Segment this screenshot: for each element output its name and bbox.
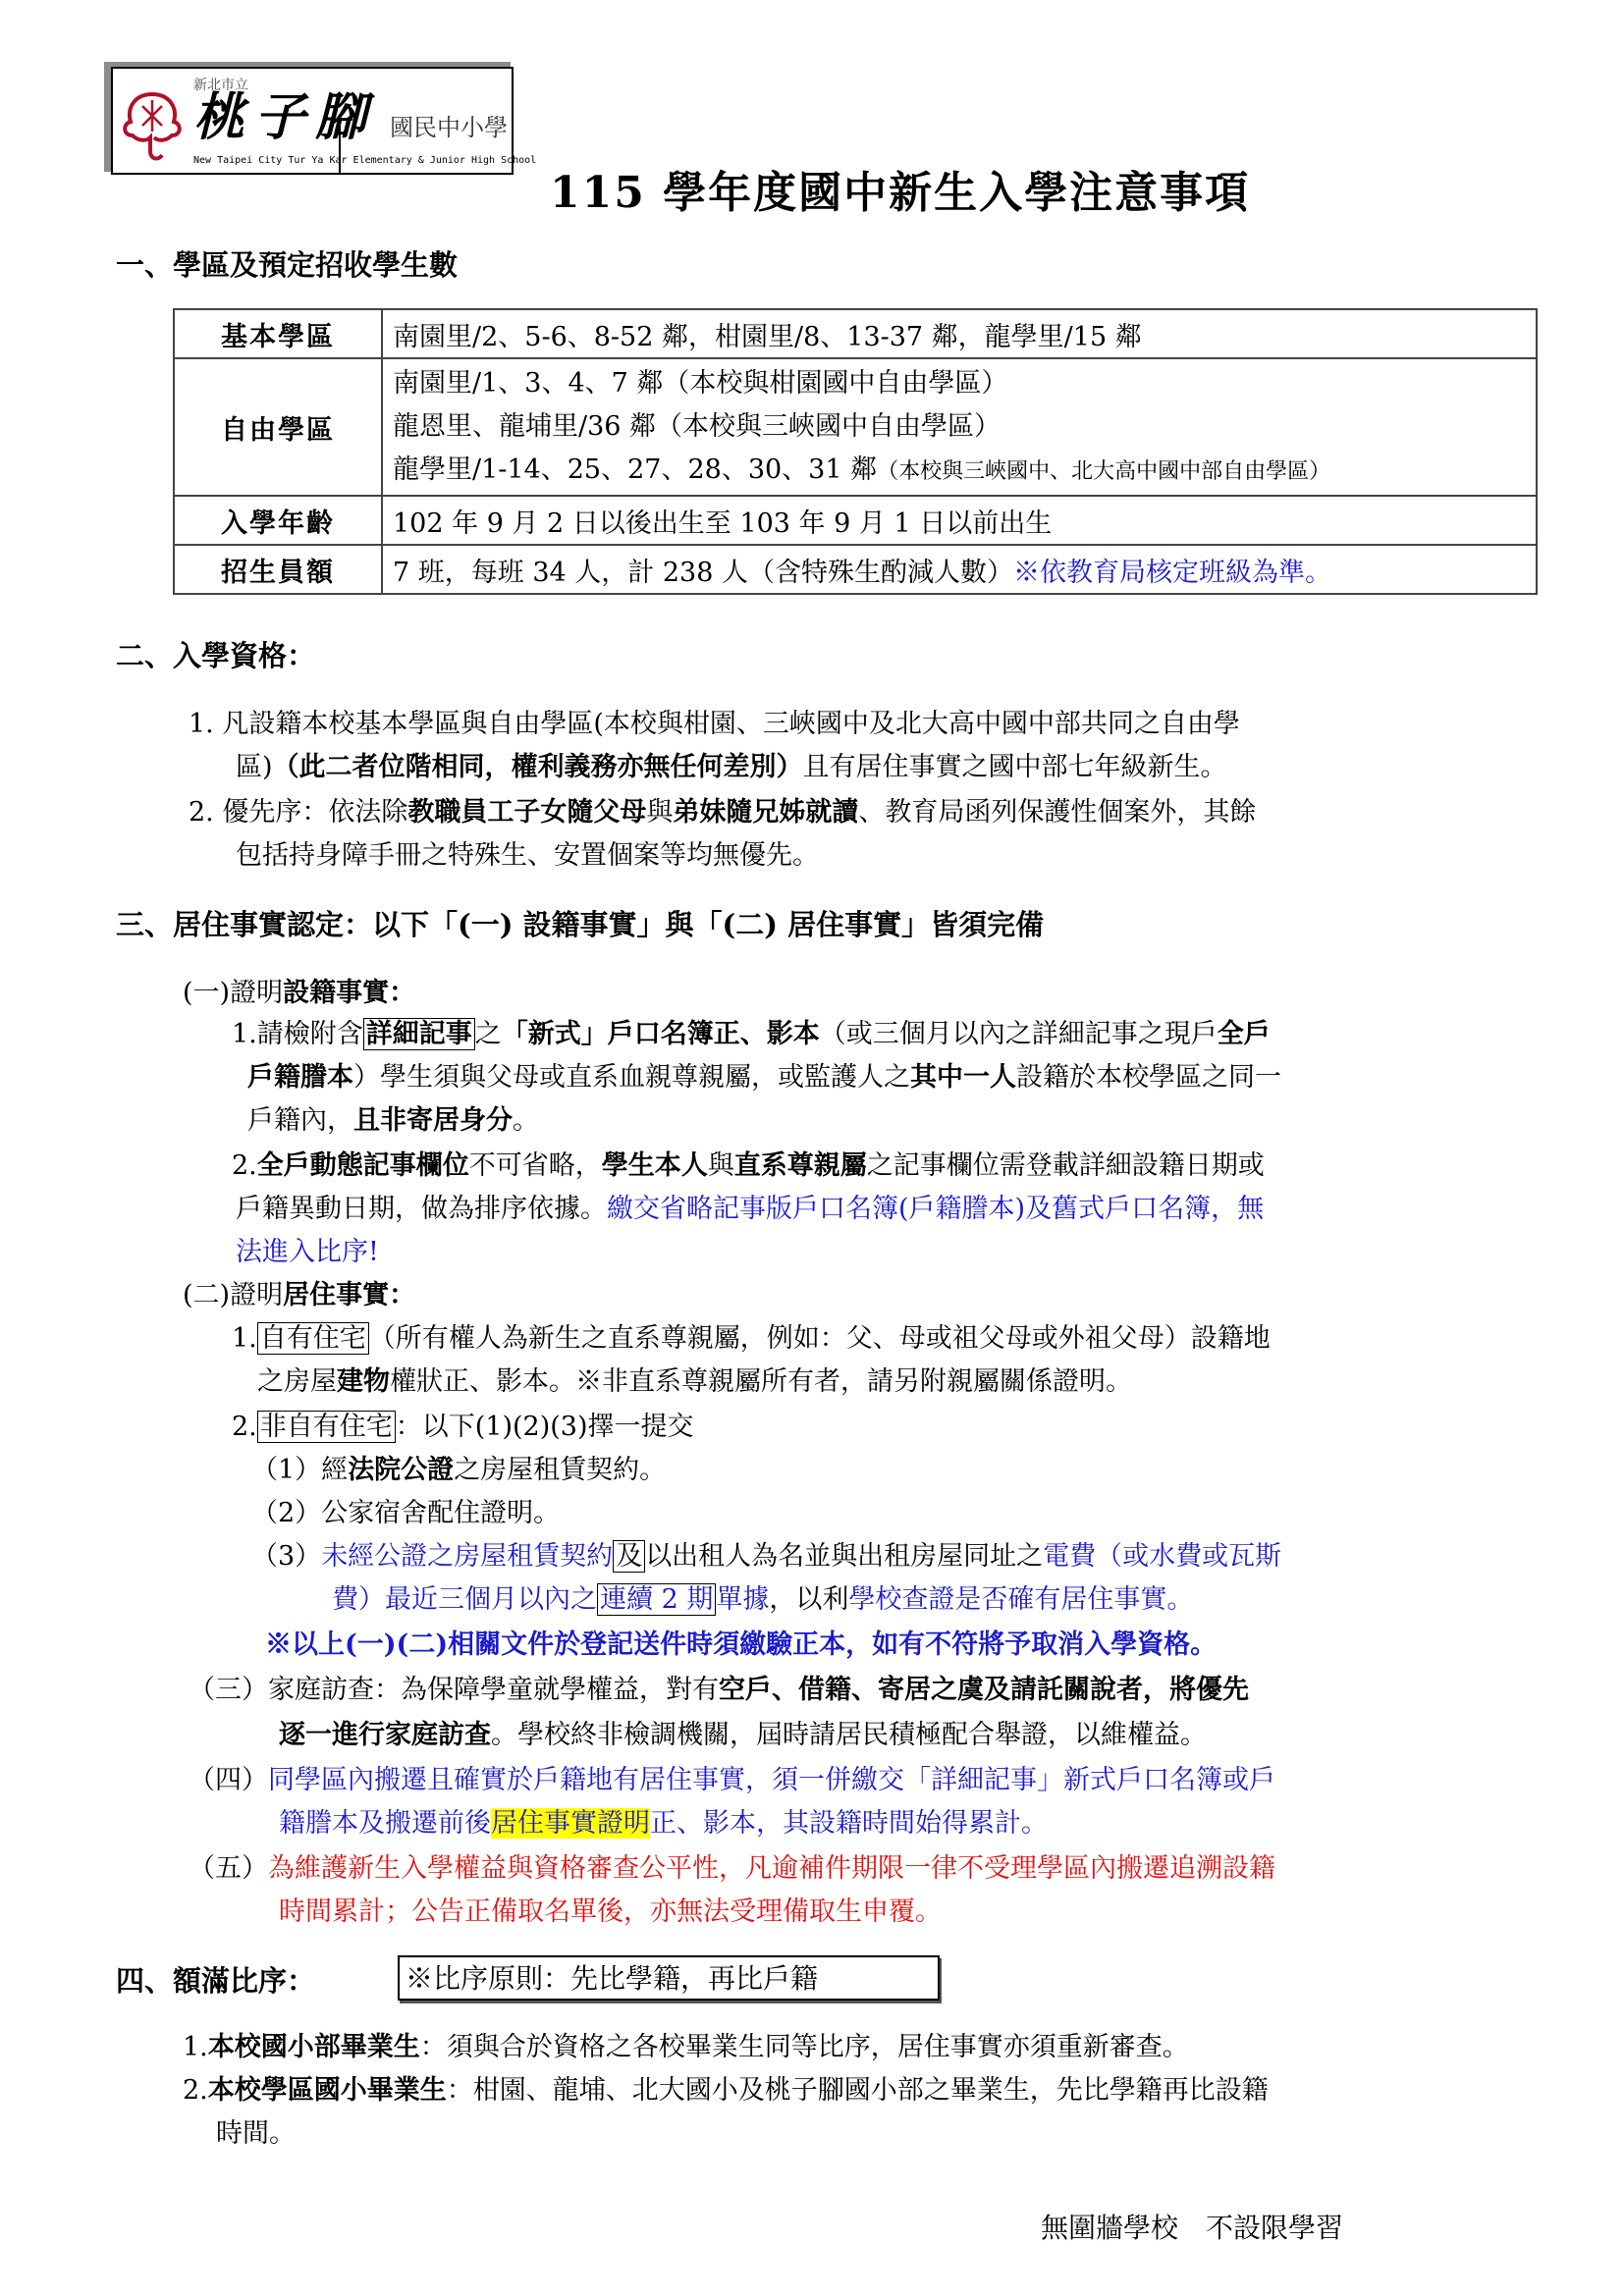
sub3: （三）家庭訪查：為保障學童就學權益，對有空戶、借籍、寄居之虞及請託關說者，將優先	[189, 1669, 1249, 1712]
t: 以出租人為名並與出租房屋同址之	[645, 1541, 1043, 1572]
boxed-term: 詳細記事	[363, 1018, 475, 1050]
qualification-item-1: 1. 凡設籍本校基本學區與自由學區(本校與柑園、三峽國中及北大高中國中部共同之自…	[189, 703, 1240, 746]
free-note: （本校與三峽國中、北大高中國中部自由學區）	[877, 459, 1330, 484]
ranking-item-2-cont: 時間。	[216, 2112, 296, 2156]
t: ：柑園、龍埔、北大國小及桃子腳國小部之畢業生，先比學籍再比設籍	[447, 2075, 1269, 2106]
sub5-l2: 時間累計；公告正備取名單後，亦無法受理備取生申覆。	[279, 1891, 942, 1934]
sub1-item-2-l3: 法進入比序!	[236, 1231, 379, 1274]
label: （四）	[189, 1765, 268, 1795]
sub2-label: (二)證明居住事實：	[183, 1274, 415, 1317]
em: 且非寄居身分	[353, 1105, 513, 1136]
logo-divider	[339, 118, 341, 175]
em: 本校學區國小畢業生	[208, 2075, 447, 2106]
t: 戶籍異動日期，做為排序依據。	[236, 1194, 607, 1224]
blue-text: 未經公證之房屋租賃契約	[321, 1541, 613, 1572]
t: 1.請檢附含	[232, 1019, 363, 1049]
sub1-label: (一)證明設籍事實：	[183, 972, 415, 1015]
t: 單據	[716, 1584, 769, 1615]
em: 全戶	[1218, 1019, 1271, 1049]
label-text: (二)證明	[183, 1280, 283, 1310]
t: ：以下(1)(2)(3)擇一提交	[396, 1412, 694, 1442]
originals-notice: ※以上(一)(二)相關文件於登記送件時須繳驗正本，如有不符將予取消入學資格。	[265, 1624, 1217, 1667]
t: （1）經	[251, 1455, 348, 1485]
blue-text: 同學區內搬遷且確實於戶籍地有居住事實，須一併繳交「詳細記事」新式戶口名簿或戶	[268, 1765, 1275, 1795]
footer-slogan: 無圍牆學校 不設限學習	[1041, 2207, 1343, 2246]
boxed-term: 自有住宅	[257, 1322, 369, 1355]
label-text: (一)證明	[183, 978, 283, 1008]
blue-text: 電費（或水費或瓦斯	[1043, 1541, 1281, 1572]
em: 直系尊親屬	[734, 1150, 867, 1181]
free-line: 龍學里/1-14、25、27、28、30、31 鄰	[393, 454, 877, 485]
page-title: 115 學年度國中新生入學注意事項	[550, 157, 1250, 220]
table-row: 招生員額 7 班，每班 34 人，計 238 人（含特殊生酌減人數）※依教育局核…	[174, 545, 1537, 594]
logo-name: 桃子腳	[193, 88, 376, 147]
item-number: 2.	[189, 797, 214, 828]
logo-english: New Taipei City Tur Ya Kar Elementary & …	[193, 155, 536, 166]
table-row: 入學年齡 102 年 9 月 2 日以後出生至 103 年 9 月 1 日以前出…	[174, 496, 1537, 545]
quota-note: ※依教育局核定班級為準。	[1013, 558, 1331, 588]
option-1: （1）經法院公證之房屋租賃契約。	[251, 1449, 666, 1492]
t: 1.	[183, 2032, 208, 2062]
option-2: （2）公家宿舍配住證明。	[251, 1492, 560, 1535]
free-line: 龍恩里、龍埔里/36 鄰	[393, 411, 656, 442]
sub4-l2: 籍謄本及搬遷前後居住事實證明正、影本，其設籍時間始得累計。	[279, 1802, 1048, 1845]
t: 正、影本，其設籍時間始得累計。	[650, 1808, 1048, 1839]
item-text: 且有居住事實之國中部七年級新生。	[803, 752, 1227, 782]
t: 1.	[232, 1323, 257, 1354]
em: 其中一人	[910, 1062, 1016, 1093]
free-line: 南園里/1、3、4、7 鄰	[393, 368, 663, 399]
label-emphasis: 居住事實：	[283, 1280, 415, 1310]
qualification-item-2-cont: 包括持身障手冊之特殊生、安置個案等均無優先。	[236, 834, 819, 878]
t: 2.	[183, 2075, 208, 2106]
t: ：須與合於資格之各校畢業生同等比序，居住事實亦須重新審查。	[420, 2032, 1189, 2062]
sub2-item-2: 2.非自有住宅：以下(1)(2)(3)擇一提交	[232, 1406, 694, 1449]
t: ）學生須與父母或直系血親尊親屬，或監護人之	[353, 1062, 910, 1093]
sub1-item-2: 2.全戶動態記事欄位不可省略，學生本人與直系尊親屬之記事欄位需登載詳細設籍日期或	[232, 1145, 1265, 1188]
item-text: 與	[646, 797, 673, 828]
t: 。	[513, 1105, 539, 1136]
red-text: 為維護新生入學權益與資格審查公平性，凡逾補件期限一律不受理學區內搬遷追溯設籍	[268, 1853, 1275, 1884]
basic-value: 南園里/2、5-6、8-52 鄰，柑園里/8、13-37 鄰，龍學里/15 鄰	[382, 309, 1537, 358]
sub5: （五）為維護新生入學權益與資格審查公平性，凡逾補件期限一律不受理學區內搬遷追溯設…	[189, 1847, 1275, 1891]
basic-label: 基本學區	[174, 309, 382, 358]
item-text: 凡設籍本校基本學區與自由學區(本校與柑園、三峽國中及北大高中國中部共同之自由學	[222, 709, 1240, 739]
item-emphasis: 教職員工子女隨父母	[407, 797, 646, 828]
peach-blossom-emblem-icon	[121, 86, 184, 165]
free-note: （本校與柑園國中自由學區）	[663, 368, 1007, 399]
qualification-item-1-cont: 區)（此二者位階相同，權利義務亦無任何差別）且有居住事實之國中部七年級新生。	[236, 746, 1227, 789]
free-note: （本校與三峽國中自由學區）	[656, 411, 1001, 442]
age-value: 102 年 9 月 2 日以後出生至 103 年 9 月 1 日以前出生	[382, 496, 1537, 545]
em: 建物	[337, 1366, 390, 1397]
t: 之房屋租賃契約。	[454, 1455, 666, 1485]
item-text: 區)	[236, 752, 273, 782]
section4-heading: 四、額滿比序：	[116, 1959, 315, 2000]
label: （五）	[189, 1853, 268, 1884]
sub4: （四）同學區內搬遷且確實於戶籍地有居住事實，須一併繳交「詳細記事」新式戶口名簿或…	[189, 1759, 1275, 1802]
t: 籍謄本及搬遷前後	[279, 1808, 491, 1839]
item-emphasis: （此二者位階相同，權利義務亦無任何差別）	[273, 752, 803, 782]
t: 之房屋	[257, 1366, 337, 1397]
boxed-term: 連續 2 期	[597, 1583, 716, 1616]
label: （三）	[189, 1675, 268, 1705]
blue-text: 繳交省略記事版戶口名簿(戶籍謄本)及舊式戶口名簿，無	[607, 1194, 1264, 1224]
em: 逐一進行家庭訪查	[279, 1720, 491, 1750]
em: 空戶、借籍、寄居之虞及請託關說者，將優先	[719, 1675, 1249, 1705]
option-3-l2: 費）最近三個月以內之連續 2 期單據，以利學校查證是否確有居住事實。	[332, 1578, 1193, 1622]
section3-heading: 三、居住事實認定：以下「(一) 設籍事實」與「(二) 居住事實」皆須完備	[116, 903, 1044, 943]
qualification-item-2: 2. 優先序：依法除教職員工子女隨父母與弟妹隨兄姊就讀、教育局函列保護性個案外，…	[189, 791, 1256, 834]
t: （所有權人為新生之直系尊親屬，例如：父、母或祖父母或外祖父母）設籍地	[369, 1323, 1271, 1354]
sub1-item-1-l3: 戶籍內，且非寄居身分。	[247, 1099, 539, 1143]
table-row: 基本學區 南園里/2、5-6、8-52 鄰，柑園里/8、13-37 鄰，龍學里/…	[174, 309, 1537, 358]
sub1-item-2-l2: 戶籍異動日期，做為排序依據。繳交省略記事版戶口名簿(戶籍謄本)及舊式戶口名簿，無	[236, 1188, 1264, 1231]
free-value: 南園里/1、3、4、7 鄰（本校與柑園國中自由學區） 龍恩里、龍埔里/36 鄰（…	[382, 358, 1537, 496]
boxed-term: 非自有住宅	[257, 1411, 396, 1443]
quota-label: 招生員額	[174, 545, 382, 594]
free-label: 自由學區	[174, 358, 382, 496]
t: 2.	[232, 1150, 257, 1181]
t: 家庭訪查：為保障學童就學權益，對有	[268, 1675, 719, 1705]
em: 本校國小部畢業生	[208, 2032, 420, 2062]
t: （或三個月以內之詳細記事之現戶	[820, 1019, 1218, 1049]
t: 戶籍內，	[247, 1105, 353, 1136]
em: 「新式」戶口名簿正、影本	[502, 1019, 820, 1049]
em: 法院公證	[348, 1455, 454, 1485]
t: 2.	[232, 1412, 257, 1442]
t: 之記事欄位需登載詳細設籍日期或	[867, 1150, 1265, 1181]
t: 與	[708, 1150, 734, 1181]
t: ，以利	[769, 1584, 848, 1615]
item-text: 、教育局函列保護性個案外，其餘	[858, 797, 1256, 828]
ranking-rule-box: ※比序原則：先比學籍，再比戶籍	[398, 1955, 940, 2001]
item-number: 1.	[189, 709, 214, 739]
quota-text: 7 班，每班 34 人，計 238 人（含特殊生酌減人數）	[393, 558, 1013, 588]
t: 不可省略，	[469, 1150, 602, 1181]
em: 學生本人	[602, 1150, 708, 1181]
sub2-item-1-l2: 之房屋建物權狀正、影本。※非直系尊親屬所有者，請另附親屬關係證明。	[257, 1361, 1132, 1404]
item-emphasis: 弟妹隨兄姊就讀	[673, 797, 858, 828]
logo-type: 國民中小學	[390, 108, 508, 142]
t: （3）	[251, 1541, 321, 1572]
t: 費）最近三個月以內之	[332, 1584, 597, 1615]
section2-heading: 二、入學資格：	[116, 634, 315, 674]
ranking-item-1: 1.本校國小部畢業生：須與合於資格之各校畢業生同等比序，居住事實亦須重新審查。	[183, 2026, 1189, 2069]
school-logo: 新北市立 桃子腳 國民中小學 New Taipei City Tur Ya Ka…	[111, 67, 514, 175]
sub2-item-1: 1.自有住宅（所有權人為新生之直系尊親屬，例如：父、母或祖父母或外祖父母）設籍地	[232, 1317, 1271, 1361]
t: 之	[475, 1019, 502, 1049]
section1-heading: 一、學區及預定招收學生數	[116, 243, 458, 284]
ranking-item-2: 2.本校學區國小畢業生：柑園、龍埔、北大國小及桃子腳國小部之畢業生，先比學籍再比…	[183, 2069, 1269, 2112]
sub1-item-1-l2: 戶籍謄本）學生須與父母或直系血親尊親屬，或監護人之其中一人設籍於本校學區之同一	[247, 1056, 1281, 1099]
em: 戶籍謄本	[247, 1062, 353, 1093]
age-label: 入學年齡	[174, 496, 382, 545]
item-text: 優先序：依法除	[222, 797, 407, 828]
label-emphasis: 設籍事實：	[283, 978, 415, 1008]
option-3: （3）未經公證之房屋租賃契約及以出租人為名並與出租房屋同址之電費（或水費或瓦斯	[251, 1535, 1281, 1578]
sub3-l2: 逐一進行家庭訪查。學校終非檢調機關，屆時請居民積極配合舉證，以維權益。	[279, 1714, 1207, 1757]
t: 學校查證是否確有居住事實。	[848, 1584, 1193, 1615]
t: 。學校終非檢調機關，屆時請居民積極配合舉證，以維權益。	[491, 1720, 1207, 1750]
em: 全戶動態記事欄位	[257, 1150, 469, 1181]
district-table: 基本學區 南園里/2、5-6、8-52 鄰，柑園里/8、13-37 鄰，龍學里/…	[173, 308, 1538, 595]
highlighted-term: 居住事實證明	[491, 1808, 650, 1839]
t: 權狀正、影本。※非直系尊親屬所有者，請另附親屬關係證明。	[390, 1366, 1132, 1397]
quota-value: 7 班，每班 34 人，計 238 人（含特殊生酌減人數）※依教育局核定班級為準…	[382, 545, 1537, 594]
sub1-item-1: 1.請檢附含詳細記事之「新式」戶口名簿正、影本（或三個月以內之詳細記事之現戶全戶	[232, 1013, 1271, 1056]
t: 設籍於本校學區之同一	[1016, 1062, 1281, 1093]
boxed-term: 及	[613, 1540, 645, 1573]
table-row: 自由學區 南園里/1、3、4、7 鄰（本校與柑園國中自由學區） 龍恩里、龍埔里/…	[174, 358, 1537, 496]
